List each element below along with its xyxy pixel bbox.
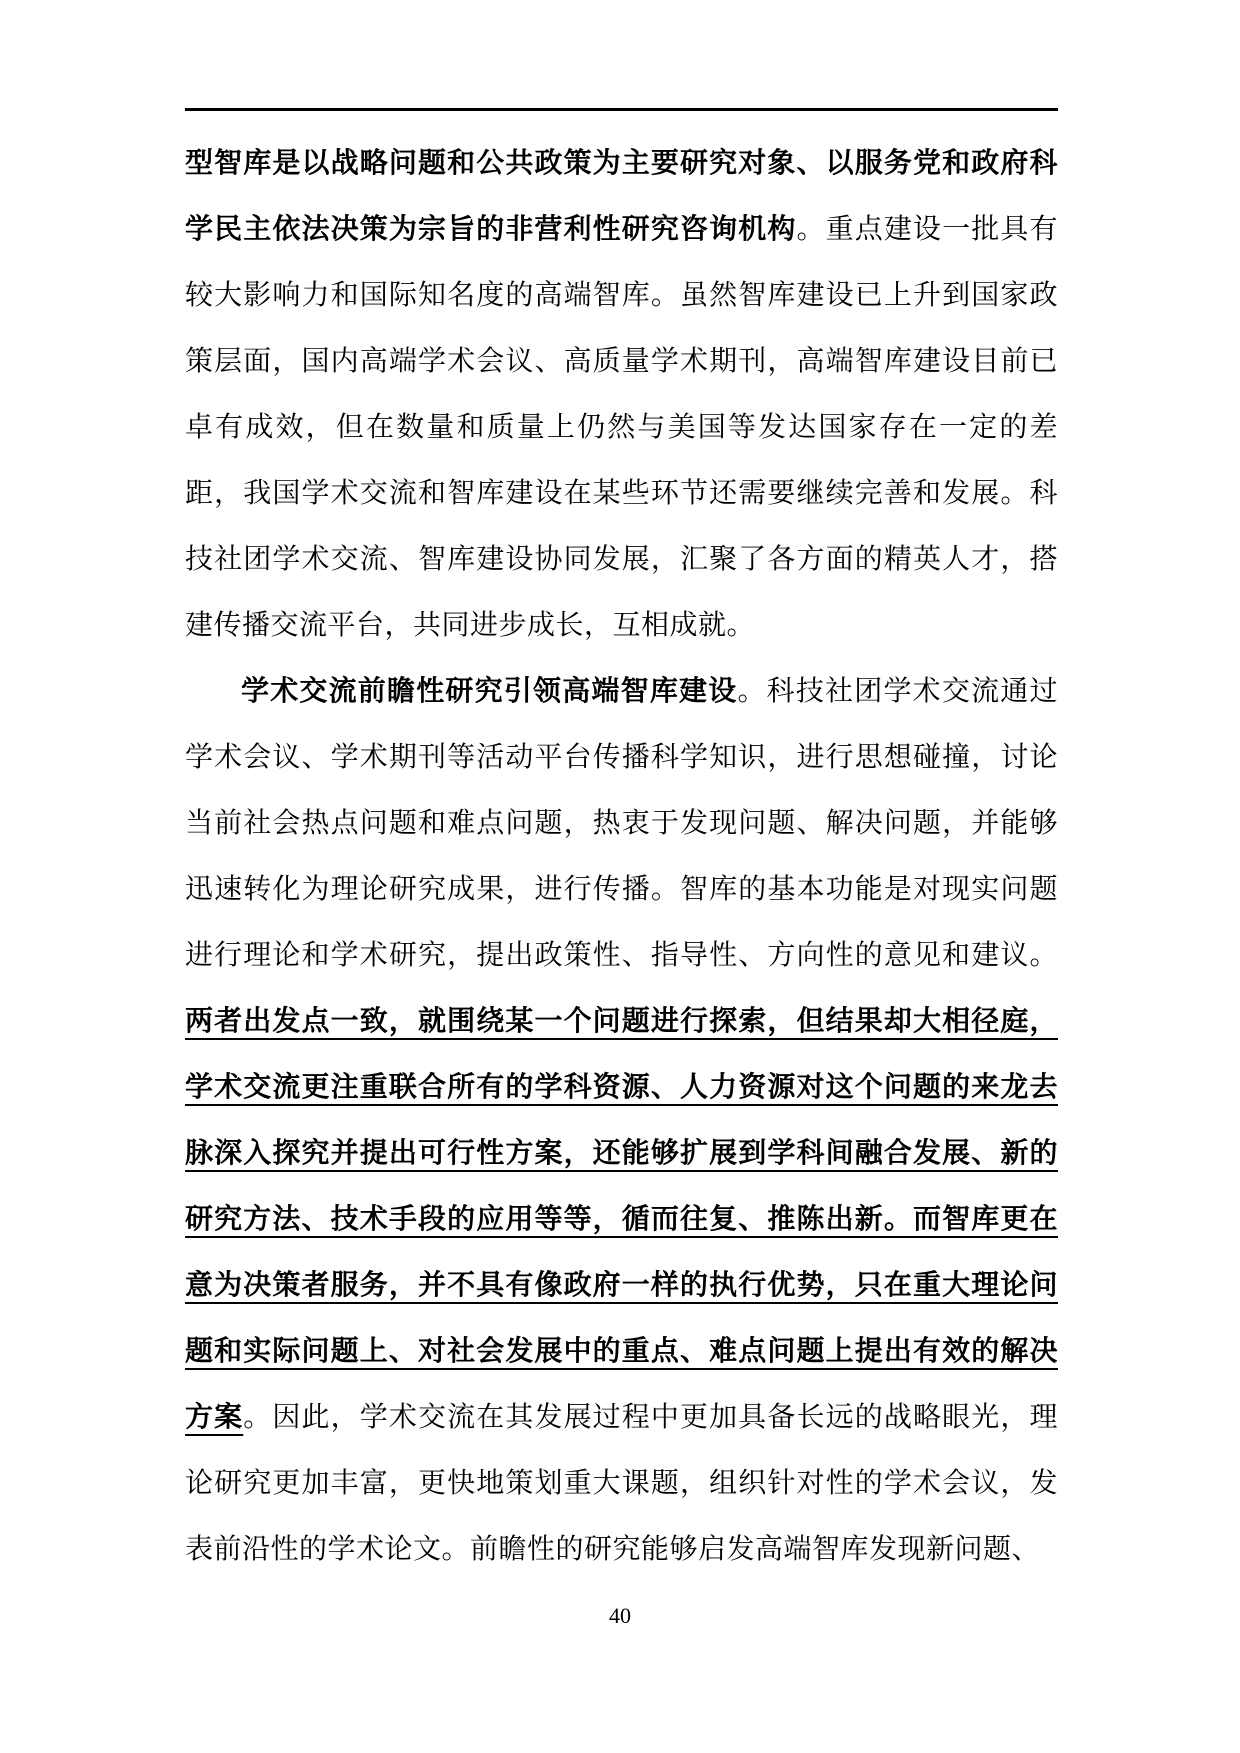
header-rule xyxy=(185,108,1058,111)
text-run: 。科技社团学术交流通过学术会议、学术期刊等活动平台传播科学知识，进行思想碰撞，讨… xyxy=(185,676,1058,971)
document-page: 型智库是以战略问题和公共政策为主要研究对象、以服务党和政府科学民主依法决策为宗旨… xyxy=(0,0,1240,1753)
bold-underline-run: 两者出发点一致，就围绕某一个问题进行探索，但结果却大相径庭，学术交流更注重联合所… xyxy=(185,1006,1058,1433)
text-run: 。因此，学术交流在其发展过程中更加具备长远的战略眼光，理论研究更加丰富，更快地策… xyxy=(185,1402,1058,1565)
document-body: 型智库是以战略问题和公共政策为主要研究对象、以服务党和政府科学民主依法决策为宗旨… xyxy=(185,131,1058,1583)
text-run: 。重点建设一批具有较大影响力和国际知名度的高端智库。虽然智库建设已上升到国家政策… xyxy=(185,214,1058,641)
paragraph-2: 学术交流前瞻性研究引领高端智库建设。科技社团学术交流通过学术会议、学术期刊等活动… xyxy=(185,659,1058,1583)
page-number: 40 xyxy=(0,1603,1240,1629)
paragraph-1: 型智库是以战略问题和公共政策为主要研究对象、以服务党和政府科学民主依法决策为宗旨… xyxy=(185,131,1058,659)
bold-run: 学术交流前瞻性研究引领高端智库建设 xyxy=(241,676,737,707)
